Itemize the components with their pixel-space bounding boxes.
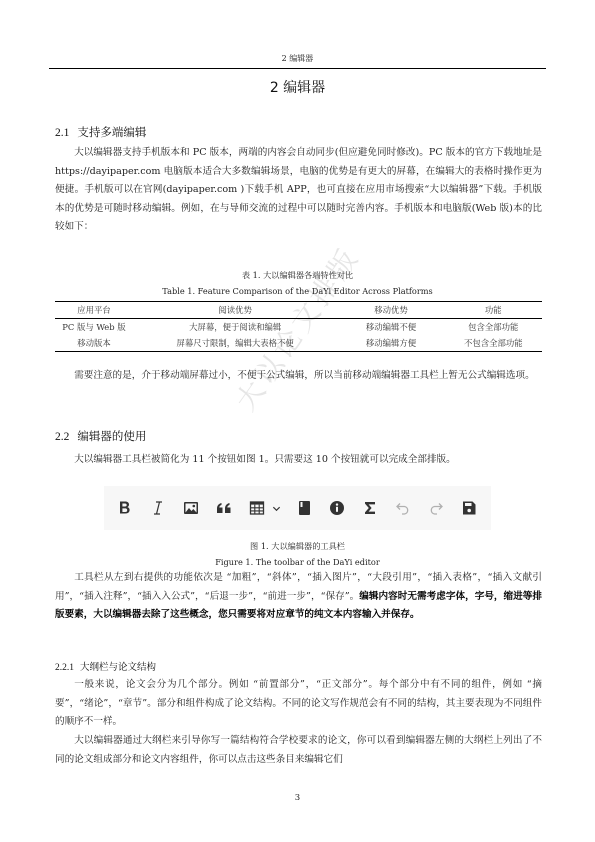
paragraph-thesis-structure: 一般来说，论文会分为几个部分。例如 “前置部分”，“正文部分”。每个部分中有不同… bbox=[55, 676, 542, 732]
paragraph-toolbar-intro: 大以编辑器工具栏被简化为 11 个按钮如图 1。只需要这 10 个按钮就可以完成… bbox=[55, 451, 542, 470]
paragraph-multi-platform: 大以编辑器支持手机版本和 PC 版本，两端的内容会自动同步(但应避免同时修改)。… bbox=[55, 144, 542, 237]
bold-icon bbox=[117, 500, 133, 516]
redo-button[interactable] bbox=[425, 497, 447, 519]
table-header-cell: 移动优势 bbox=[337, 302, 444, 319]
book-icon bbox=[296, 500, 312, 516]
subsection-title: 大纲栏与论文结构 bbox=[80, 662, 156, 673]
table-caption-cn: 表 1. 大以编辑器各端特性对比 bbox=[0, 269, 595, 282]
running-title: 2 编辑器 bbox=[49, 53, 546, 64]
quote-icon bbox=[216, 500, 232, 516]
insert-note-button[interactable] bbox=[326, 497, 348, 519]
table-cell: 移动编辑方便 bbox=[337, 335, 444, 352]
table-cell: 屏幕尺寸限制，编辑大表格不便 bbox=[133, 335, 338, 352]
table-cell: 大屏幕，便于阅读和编辑 bbox=[133, 319, 338, 336]
info-icon bbox=[329, 500, 345, 516]
bold-button[interactable] bbox=[114, 497, 136, 519]
table-caption-en: Table 1. Feature Comparison of the DaYi … bbox=[0, 285, 595, 298]
table-header-cell: 阅读优势 bbox=[133, 302, 338, 319]
section-heading-2-1: 2.1支持多端编辑 bbox=[55, 124, 146, 140]
page-number: 3 bbox=[0, 793, 595, 803]
undo-button[interactable] bbox=[392, 497, 414, 519]
chapter-title: 2 编辑器 bbox=[0, 77, 595, 97]
paragraph-mobile-note: 需要注意的是，介于移动端屏幕过小，不便于公式编辑，所以当前移动端编辑器工具栏上暂… bbox=[55, 367, 542, 386]
table-dropdown-toggle[interactable] bbox=[272, 497, 282, 519]
table-cell: PC 版与 Web 版 bbox=[55, 319, 133, 336]
blockquote-button[interactable] bbox=[213, 497, 235, 519]
table-row: PC 版与 Web 版 大屏幕，便于阅读和编辑 移动编辑不便 包含全部功能 bbox=[55, 319, 542, 336]
section-number: 2.1 bbox=[55, 127, 69, 139]
section-number: 2.2 bbox=[55, 431, 69, 443]
insert-formula-button[interactable] bbox=[359, 497, 381, 519]
table-header-cell: 功能 bbox=[445, 302, 542, 319]
chevron-down-icon bbox=[272, 504, 281, 513]
figure-caption-cn: 图 1. 大以编辑器的工具栏 bbox=[0, 540, 595, 553]
italic-icon bbox=[150, 500, 166, 516]
table-cell: 移动编辑不便 bbox=[337, 319, 444, 336]
section-heading-2-2: 2.2编辑器的使用 bbox=[55, 428, 146, 444]
section-title: 编辑器的使用 bbox=[77, 429, 146, 443]
table-cell: 不包含全部功能 bbox=[445, 335, 542, 352]
section-title: 支持多端编辑 bbox=[77, 125, 146, 139]
comparison-table: 应用平台 阅读优势 移动优势 功能 PC 版与 Web 版 大屏幕，便于阅读和编… bbox=[55, 301, 542, 352]
subsection-number: 2.2.1 bbox=[55, 663, 74, 673]
redo-icon bbox=[428, 500, 444, 516]
table-header-row: 应用平台 阅读优势 移动优势 功能 bbox=[55, 302, 542, 319]
undo-icon bbox=[395, 500, 411, 516]
save-button[interactable] bbox=[458, 497, 480, 519]
italic-button[interactable] bbox=[147, 497, 169, 519]
table-icon bbox=[249, 500, 265, 516]
subsection-heading-2-2-1: 2.2.1大纲栏与论文结构 bbox=[55, 659, 156, 673]
paragraph-toolbar-functions: 工具栏从左到右提供的功能依次是 “加粗”，“斜体”，“插入图片”，“大段引用”，… bbox=[55, 569, 542, 625]
insert-image-button[interactable] bbox=[180, 497, 202, 519]
paragraph-outline-guide: 大以编辑器通过大纲栏来引导你写一篇结构符合学校要求的论文，你可以看到编辑器左侧的… bbox=[55, 732, 542, 769]
sigma-icon bbox=[362, 500, 378, 516]
table-header-cell: 应用平台 bbox=[55, 302, 133, 319]
editor-toolbar bbox=[104, 486, 491, 530]
image-icon bbox=[183, 500, 199, 516]
insert-citation-button[interactable] bbox=[293, 497, 315, 519]
table-cell: 移动版本 bbox=[55, 335, 133, 352]
page-header: 2 编辑器 bbox=[49, 0, 546, 69]
save-icon bbox=[461, 500, 477, 516]
insert-table-button[interactable] bbox=[246, 497, 268, 519]
figure-caption-en: Figure 1. The toolbar of the DaYi editor bbox=[0, 556, 595, 569]
table-cell: 包含全部功能 bbox=[445, 319, 542, 336]
table-row: 移动版本 屏幕尺寸限制，编辑大表格不便 移动编辑方便 不包含全部功能 bbox=[55, 335, 542, 352]
